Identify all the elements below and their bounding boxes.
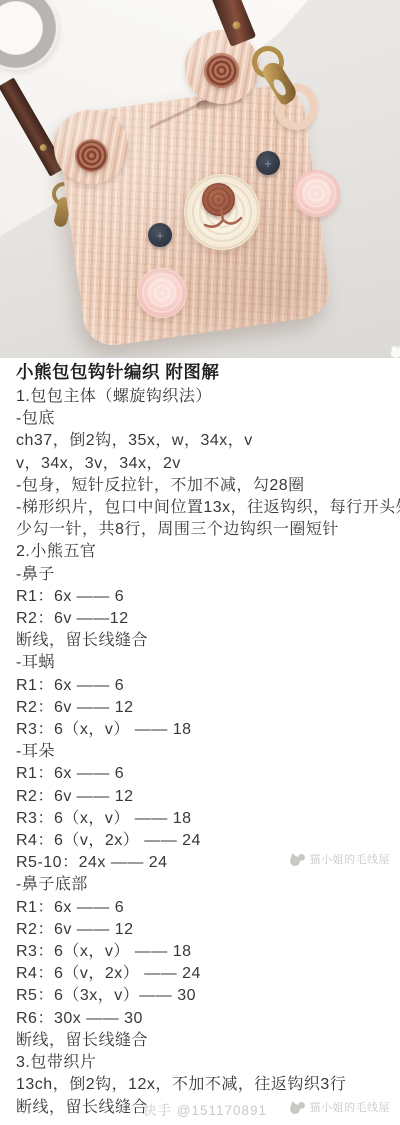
bear-eye-left: [148, 223, 172, 247]
bottom-watermark: 猫小姐的毛线屋: [289, 1099, 391, 1115]
pattern-line: R2：6v ——12: [16, 608, 384, 630]
pattern-line: -包底: [16, 408, 384, 430]
pattern-line: v，34x，3v，34x，2v: [16, 453, 384, 475]
pattern-line: 断线，留长线缝合: [16, 630, 384, 652]
pattern-line: R1：6x —— 6: [16, 897, 384, 919]
pattern-line: 3.包带织片: [16, 1052, 384, 1074]
pattern-line: R6：30x —— 30: [16, 1008, 384, 1030]
pattern-line: -鼻子: [16, 564, 384, 586]
pattern-line: R1：6x —— 6: [16, 763, 384, 785]
pattern-line: 断线，留长线缝合: [16, 1030, 384, 1052]
cat-icon: [289, 1100, 306, 1115]
bear-mouth: [196, 204, 248, 238]
pattern-line: -包身，短针反拉针，不加不减，勾28圈: [16, 475, 384, 497]
pattern-line: -鼻子底部: [16, 874, 384, 896]
bear-eye-right: [256, 151, 280, 175]
pattern-lines: 1.包包主体（螺旋钩织法） -包底 ch37，倒2钩，35x，w，34x，v v…: [16, 386, 384, 1119]
pattern-line: R4：6（v，2x） —— 24: [16, 830, 384, 852]
pattern-line: 2.小熊五官: [16, 541, 384, 563]
pattern-line: -梯形织片，包口中间位置13x，往返钩织，每行开头处: [16, 497, 384, 519]
mid-watermark: 猫小姐的毛线屋: [289, 851, 391, 867]
bottom-watermark-text: 猫小姐的毛线屋: [310, 1099, 391, 1115]
rivet-icon: [39, 143, 49, 153]
pattern-line: 1.包包主体（螺旋钩织法）: [16, 386, 384, 408]
pattern-line: R2：6v —— 12: [16, 919, 384, 941]
bear-bag-photo[interactable]: 猫小姐的毛线屋: [0, 0, 400, 358]
pattern-article: 小熊包包钩针编织 附图解 1.包包主体（螺旋钩织法） -包底 ch37，倒2钩，…: [0, 358, 400, 1119]
pattern-line: R3：6（x，v） —— 18: [16, 941, 384, 963]
kuaishou-watermark-text: 快手 @151170891: [143, 1099, 267, 1119]
pattern-line: R2：6v —— 12: [16, 786, 384, 808]
pattern-line: R3：6（x，v） —— 18: [16, 808, 384, 830]
pattern-line: R1：6x —— 6: [16, 675, 384, 697]
pattern-line: R4：6（v，2x） —— 24: [16, 963, 384, 985]
pattern-line: R1：6x —— 6: [16, 586, 384, 608]
pattern-line: ch37，倒2钩，35x，w，34x，v: [16, 430, 384, 452]
article-title: 小熊包包钩针编织 附图解: [16, 360, 384, 384]
bear-inner-ear-left: [75, 139, 108, 172]
bear-cheek-right: [293, 170, 340, 217]
pattern-line: -耳蜗: [16, 652, 384, 674]
pattern-line: R2：6v —— 12: [16, 697, 384, 719]
rivet-icon: [231, 20, 241, 30]
photo-watermark-text: 猫小姐的毛线屋: [390, 343, 400, 358]
bear-cheek-bottom: [137, 268, 187, 318]
pattern-line: R3：6（x，v） —— 18: [16, 719, 384, 741]
mid-watermark-text: 猫小姐的毛线屋: [310, 851, 391, 867]
bear-inner-ear-right: [204, 53, 239, 88]
pattern-line: 13ch，倒2钩，12x，不加不减，往返钩织3行: [16, 1074, 384, 1096]
pattern-line: R5：6（3x，v）—— 30: [16, 985, 384, 1007]
pattern-line: 少勾一针，共8行，周围三个边钩织一圈短针: [16, 519, 384, 541]
kuaishou-watermark: 快手 @151170891: [143, 1099, 267, 1119]
pattern-line: -耳朵: [16, 741, 384, 763]
cat-icon: [289, 852, 306, 867]
